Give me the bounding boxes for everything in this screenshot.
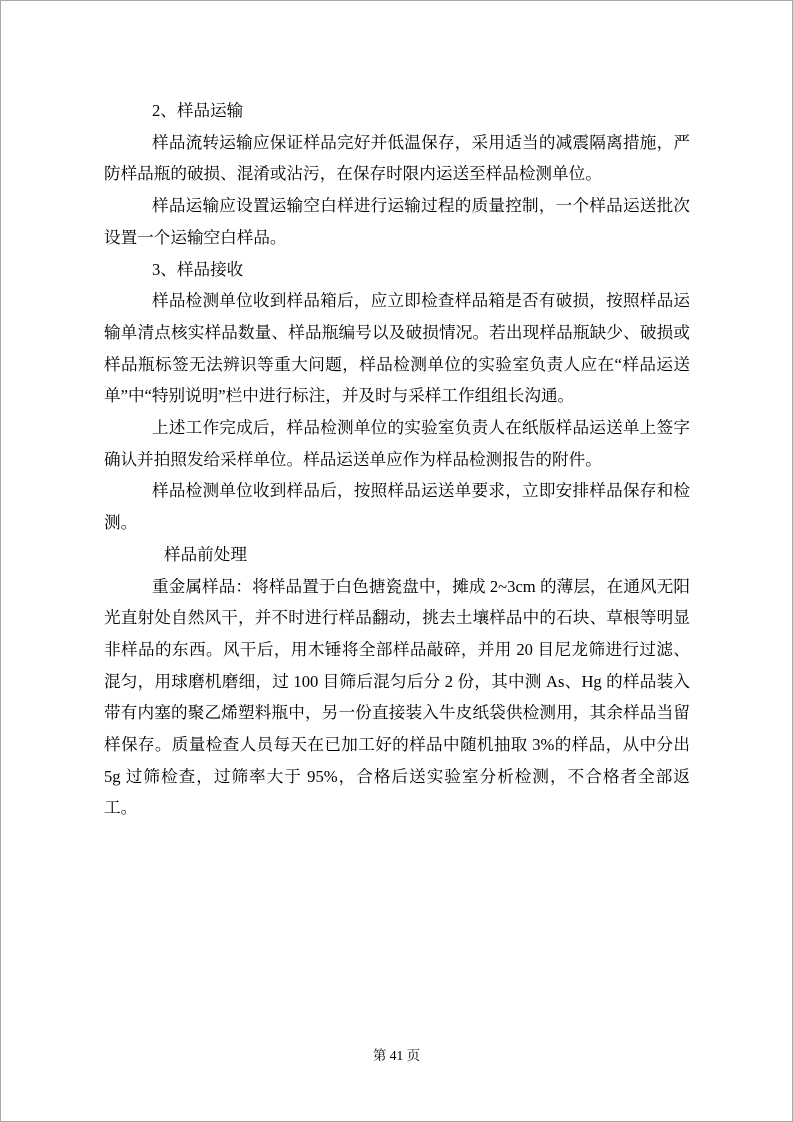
- paragraph-heavy-metal-pretreatment: 重金属样品：将样品置于白色搪瓷盘中，摊成 2~3cm 的薄层，在通风无阳光直射处…: [104, 571, 690, 825]
- paragraph-transport-protection: 样品流转运输应保证样品完好并低温保存，采用适当的减震隔离措施，严防样品瓶的破损、…: [104, 127, 690, 190]
- subheading-sample-pretreatment: 样品前处理: [104, 539, 690, 571]
- document-page: 2、样品运输 样品流转运输应保证样品完好并低温保存，采用适当的减震隔离措施，严防…: [0, 0, 793, 1122]
- paragraph-reception-inspection: 样品检测单位收到样品箱后，应立即检查样品箱是否有破损，按照样品运输单清点核实样品…: [104, 285, 690, 412]
- paragraph-reception-storage: 样品检测单位收到样品后，按照样品运送单要求，立即安排样品保存和检测。: [104, 475, 690, 538]
- page-number: 第 41 页: [373, 1048, 420, 1063]
- paragraph-reception-signoff: 上述工作完成后，样品检测单位的实验室负责人在纸版样品运送单上签字确认并拍照发给采…: [104, 412, 690, 475]
- heading-sample-transport: 2、样品运输: [104, 95, 690, 127]
- heading-sample-reception: 3、样品接收: [104, 254, 690, 286]
- page-footer: 第 41 页: [1, 1047, 792, 1065]
- document-body: 2、样品运输 样品流转运输应保证样品完好并低温保存，采用适当的减震隔离措施，严防…: [104, 95, 690, 824]
- paragraph-transport-blank-sample: 样品运输应设置运输空白样进行运输过程的质量控制，一个样品运送批次设置一个运输空白…: [104, 190, 690, 253]
